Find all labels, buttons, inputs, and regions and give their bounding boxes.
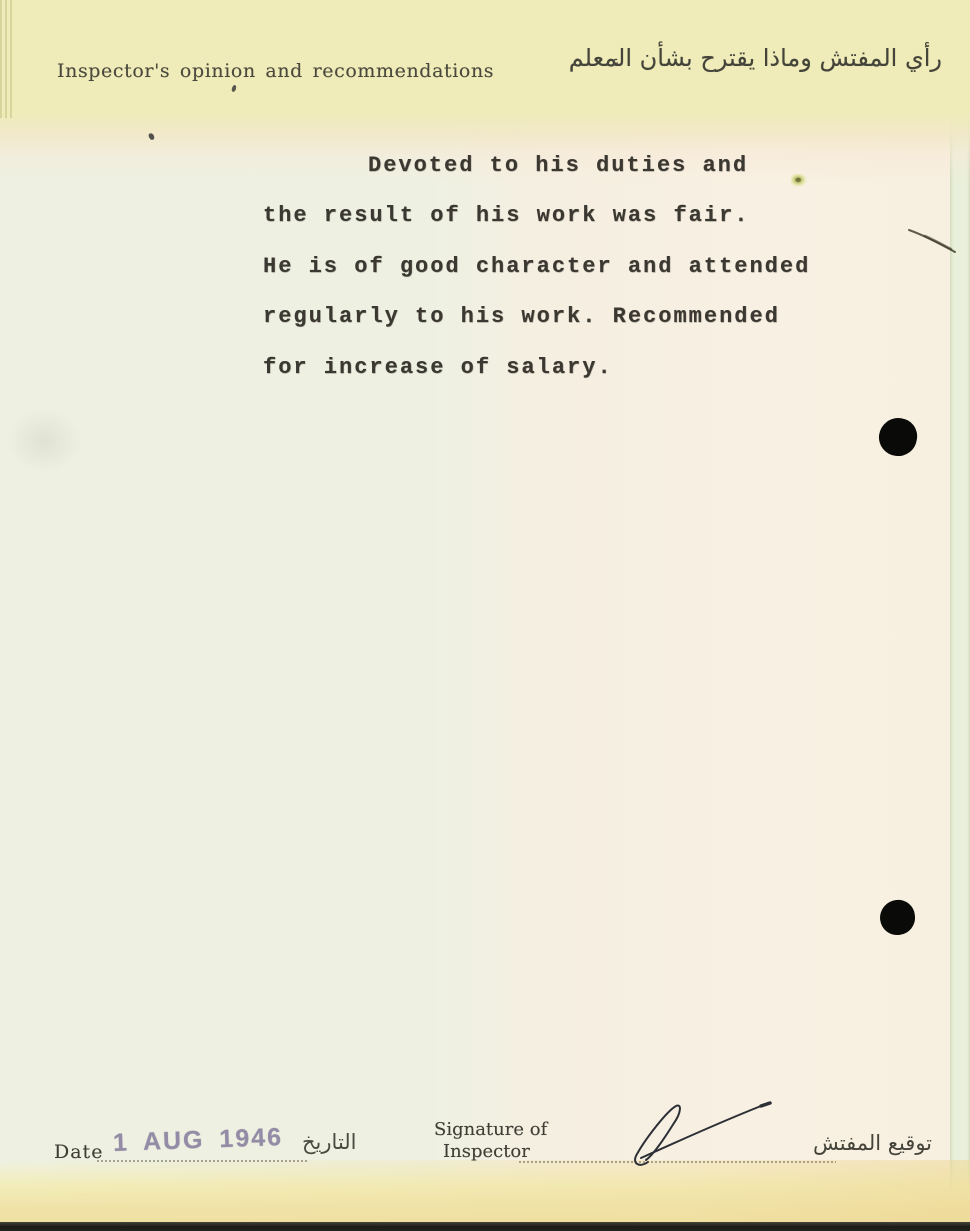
signature-label-arabic: توقيع المفتش — [813, 1131, 932, 1155]
header-title-english: Inspector's opinion and recommendations — [57, 60, 494, 82]
paper-scan-streaks — [0, 0, 14, 118]
punch-hole — [877, 416, 920, 459]
remark-line: He is of good character and attended — [263, 254, 810, 279]
inspector-signature — [612, 1094, 777, 1172]
signature-label-line2: Inspector — [443, 1141, 547, 1163]
paper-fleck — [791, 174, 807, 187]
remark-line: Devoted to his duties and — [368, 153, 748, 178]
signature-label-line1: Signature of — [434, 1119, 547, 1140]
remark-line: regularly to his work. Recommended — [263, 304, 780, 329]
remark-line: the result of his work was fair. — [263, 203, 749, 228]
remark-line: for increase of salary. — [263, 355, 613, 380]
scan-bottom-edge — [0, 1222, 970, 1231]
pen-scratch-mark — [903, 222, 963, 262]
paper-smudge — [6, 408, 82, 474]
header-title-arabic: رأي المفتش وماذا يقترح بشأن المعلم — [569, 44, 942, 72]
date-label-arabic: التاريخ — [302, 1130, 357, 1154]
date-dotted-line — [96, 1160, 308, 1162]
signature-label-english: Signature of Inspector — [434, 1119, 547, 1163]
scanned-inspection-form: Inspector's opinion and recommendations … — [0, 0, 970, 1231]
hamza-pen-mark: ء — [612, 52, 619, 70]
date-stamp: 1 AUG 1946 — [113, 1123, 284, 1158]
paper-bottom-band — [0, 1160, 970, 1224]
punch-hole — [878, 898, 916, 936]
